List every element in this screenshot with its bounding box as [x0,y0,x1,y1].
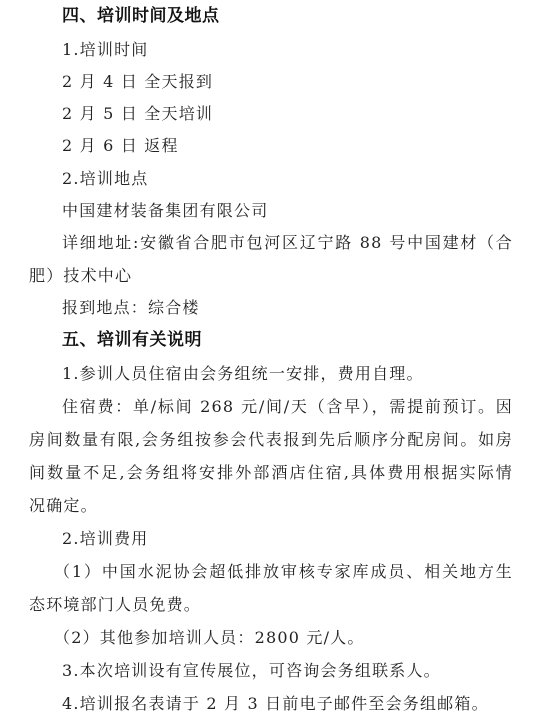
schedule-item: 2 月 6 日 返程 [62,136,513,156]
schedule-item: 2 月 5 日 全天培训 [62,104,513,124]
checkin-location: 报到地点：综合楼 [62,298,513,318]
lodging-line-4: 况确定。 [29,496,513,516]
note-item-3: 3.本次培训设有宣传展位，可咨询会务组联系人。 [62,661,513,681]
note-item-4: 4.培训报名表请于 2 月 3 日前电子邮件至会务组邮箱。 [62,694,513,714]
lodging-line-3: 间数量不足,会务组将安排外部酒店住宿,具体费用根据实际情 [29,463,513,483]
company-name: 中国建材装备集团有限公司 [62,201,513,221]
schedule-item: 2 月 4 日 全天报到 [62,72,513,92]
subheading-training-time: 1.培训时间 [62,40,513,60]
address-line-2: 肥）技术中心 [29,266,513,286]
section-heading-4: 四、培训时间及地点 [62,6,513,26]
fee-item-2: （2）其他参加培训人员：2800 元/人。 [54,628,538,648]
section-heading-5: 五、培训有关说明 [62,330,513,350]
subheading-training-place: 2.培训地点 [62,169,513,189]
fee-line-1: （1）中国水泥协会超低排放审核专家库成员、相关地方生 [54,562,513,582]
address-line-1: 详细地址:安徽省合肥市包河区辽宁路 88 号中国建材（合 [62,233,513,253]
note-item-1: 1.参训人员住宿由会务组统一安排，费用自理。 [62,364,513,384]
document-page: 四、培训时间及地点 1.培训时间 2 月 4 日 全天报到 2 月 5 日 全天… [0,0,550,718]
note-item-2-title: 2.培训费用 [62,529,513,549]
lodging-line-1: 住宿费：单/标间 268 元/间/天（含早），需提前预订。因 [62,397,513,417]
lodging-line-2: 房间数量有限,会务组按参会代表报到先后顺序分配房间。如房 [29,430,513,450]
fee-line-2: 态环境部门人员免费。 [29,595,513,615]
